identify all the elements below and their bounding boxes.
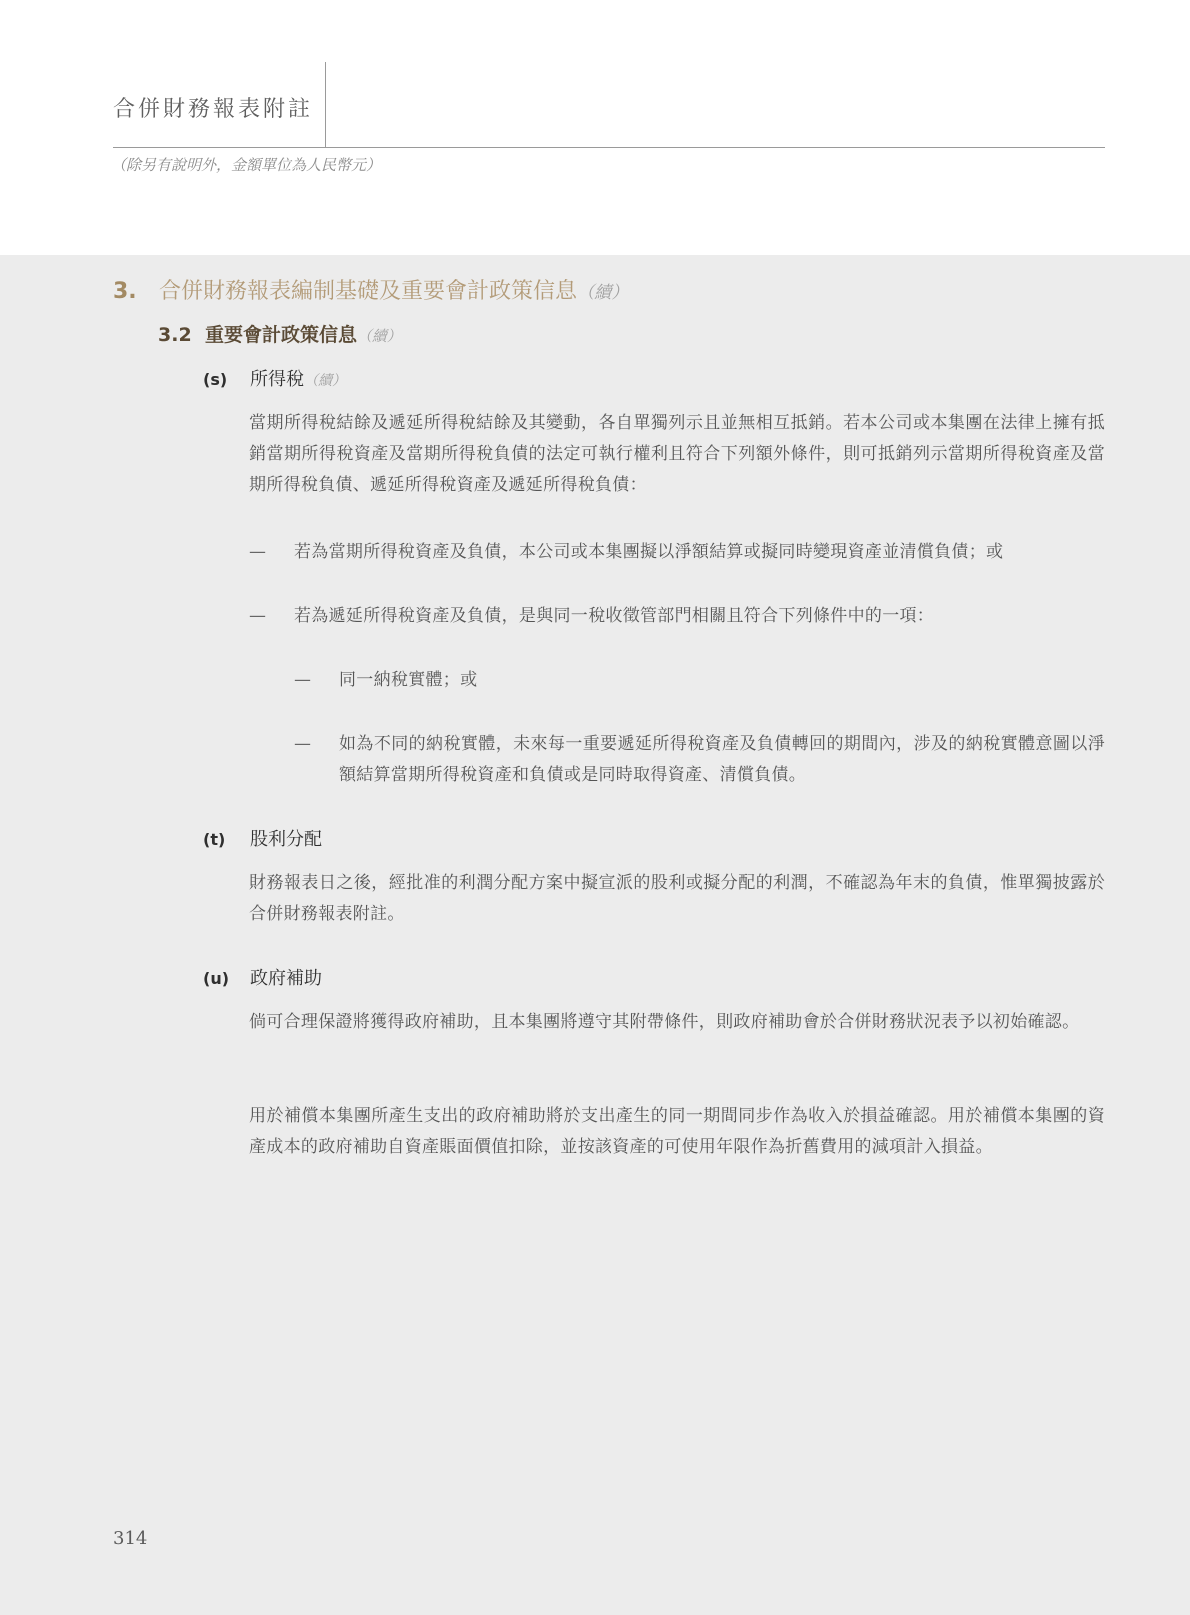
grant-paragraph-1: 倘可合理保證將獲得政府補助，且本集團將遵守其附帶條件，則政府補助會於合併財務狀況… xyxy=(249,1007,1105,1038)
section-title: 合併財務報表編制基礎及重要會計政策信息 xyxy=(159,279,577,304)
income-tax-paragraph: 當期所得稅結餘及遞延所得稅結餘及其變動，各自單獨列示且並無相互抵銷。若本公司或本… xyxy=(249,408,1105,501)
section-number: 3. xyxy=(113,276,159,308)
subsection-title: 重要會計政策信息 xyxy=(205,324,357,346)
sub-bullet-text: 如為不同的納稅實體，未來每一重要遞延所得稅資產及負債轉回的期間內，涉及的納稅實體… xyxy=(339,729,1105,791)
section-heading: 3.合併財務報表編制基礎及重要會計政策信息（續） xyxy=(113,276,629,309)
subsection-continued: （續） xyxy=(357,328,401,345)
bullet-text: 若為當期所得稅資產及負債，本公司或本集團擬以淨額結算或擬同時變現資產並清償負債；… xyxy=(294,537,1105,568)
item-heading-u: (u)政府補助 xyxy=(203,966,322,992)
item-title: 政府補助 xyxy=(250,968,322,989)
dash-bullet-icon: — xyxy=(294,729,311,760)
dividend-paragraph: 財務報表日之後，經批准的利潤分配方案中擬宣派的股利或擬分配的利潤，不確認為年末的… xyxy=(249,868,1105,930)
item-continued: （續） xyxy=(304,373,346,389)
grant-paragraph-2: 用於補償本集團所產生支出的政府補助將於支出產生的同一期間同步作為收入於損益確認。… xyxy=(249,1101,1105,1163)
bullet-text: 若為遞延所得稅資產及負債，是與同一稅收徵管部門相關且符合下列條件中的一項： xyxy=(294,601,1105,632)
item-heading-s: (s)所得稅（續） xyxy=(203,367,346,394)
header-subtitle: （除另有說明外，金額單位為人民幣元） xyxy=(111,154,381,176)
item-title: 所得稅 xyxy=(250,369,304,390)
page-number: 314 xyxy=(113,1528,147,1549)
header-title: 合併財務報表附註 xyxy=(113,94,313,126)
page-header: 合併財務報表附註 （除另有說明外，金額單位為人民幣元） xyxy=(0,0,1190,255)
section-continued: （續） xyxy=(577,283,628,303)
dash-bullet-icon: — xyxy=(249,537,266,568)
subsection-number: 3.2 xyxy=(158,321,205,349)
subsection-heading: 3.2重要會計政策信息（續） xyxy=(158,321,401,351)
item-letter: (s) xyxy=(203,367,250,393)
item-letter: (t) xyxy=(203,827,250,853)
dash-bullet-icon: — xyxy=(294,665,311,696)
item-heading-t: (t)股利分配 xyxy=(203,827,322,853)
item-title: 股利分配 xyxy=(250,829,322,850)
item-letter: (u) xyxy=(203,966,250,992)
header-horizontal-rule xyxy=(113,147,1105,148)
header-vertical-divider xyxy=(325,62,326,147)
dash-bullet-icon: — xyxy=(249,601,266,632)
sub-bullet-text: 同一納稅實體；或 xyxy=(339,665,1105,696)
